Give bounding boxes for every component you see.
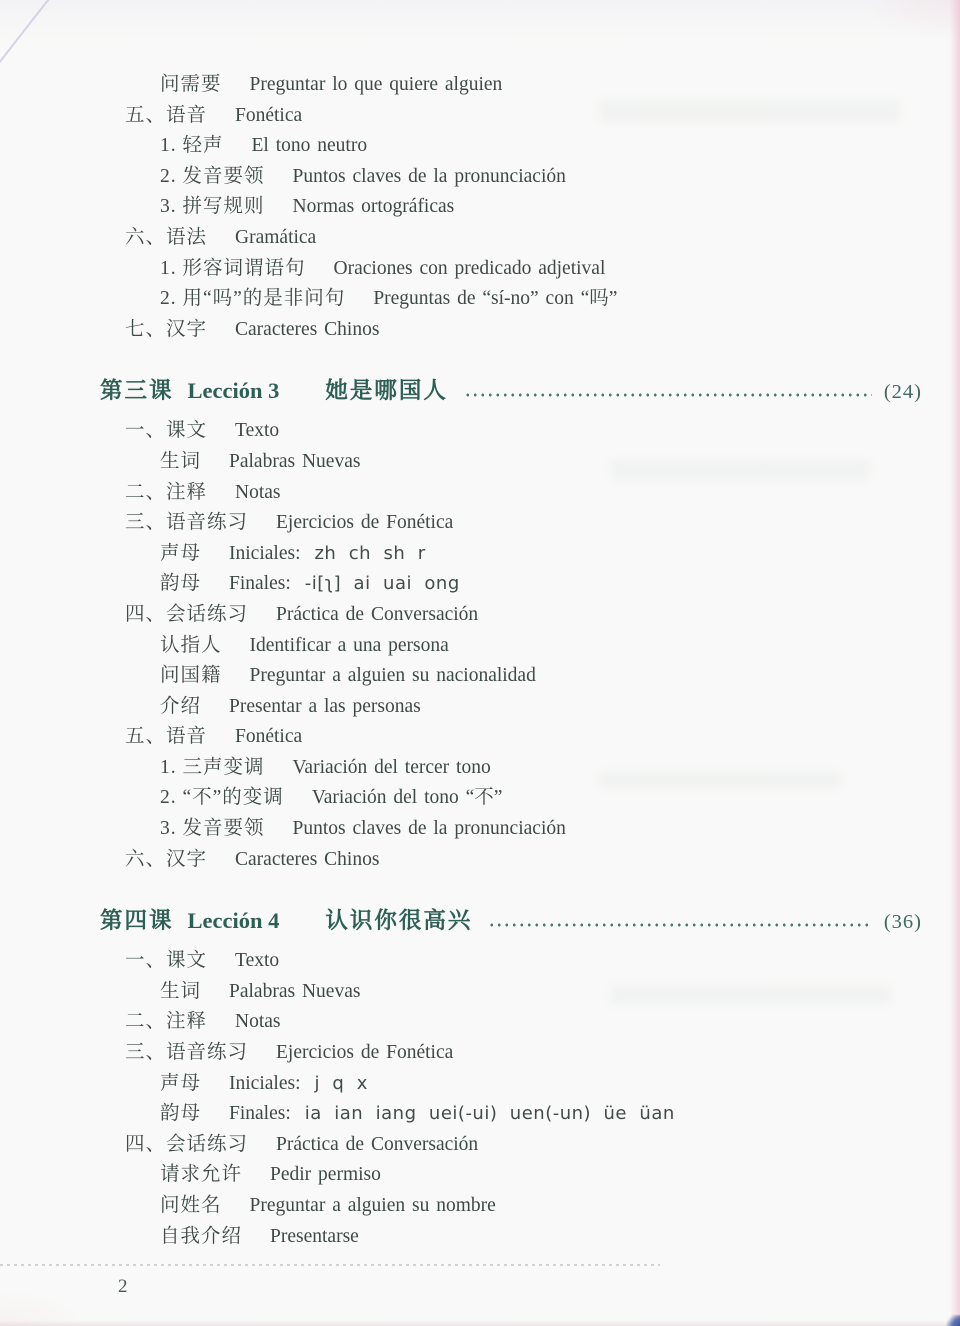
entry-chinese: 一、课文 — [125, 950, 207, 971]
entry-spanish: Ejercicios de Fonética — [276, 1042, 453, 1063]
entry-spanish: Finales: — [229, 573, 291, 594]
entry-chinese: 五、语音 — [125, 726, 207, 747]
dotted-leader — [488, 921, 871, 929]
toc-entry: 问国籍Preguntar a alguien su nacionalidad — [125, 661, 922, 692]
toc-entry: 五、语音Fonética — [125, 101, 922, 132]
section-leccion-2-continued: 问需要Preguntar lo que quiere alguien五、语音Fo… — [125, 70, 922, 345]
page-number: 2 — [118, 1276, 128, 1298]
toc-entry: 三、语音练习Ejercicios de Fonética — [125, 508, 922, 539]
toc-entry: 一、课文Texto — [125, 946, 922, 977]
toc-entry: 一、课文Texto — [125, 416, 922, 447]
toc-entry: 三、语音练习Ejercicios de Fonética — [125, 1038, 922, 1069]
toc-content: 问需要Preguntar lo que quiere alguien五、语音Fo… — [125, 70, 922, 1252]
lesson-number-chinese: 第三课 — [100, 373, 174, 409]
entry-chinese: 介绍 — [160, 696, 201, 717]
entry-spanish: Preguntas de “sí-no” con “吗” — [373, 288, 617, 309]
lesson-title-chinese: 她是哪国人 — [325, 373, 448, 409]
entry-phonetic: -i[ʅ] ai uai ong — [305, 573, 460, 594]
toc-entry: 四、会话练习Práctica de Conversación — [125, 600, 922, 631]
entry-spanish: Iniciales: — [229, 1073, 300, 1094]
entry-spanish: Práctica de Conversación — [276, 1134, 478, 1155]
toc-entry: 二、注释Notas — [125, 478, 922, 509]
toc-entry: 认指人Identificar a una persona — [125, 631, 922, 662]
toc-scanned-page: 问需要Preguntar lo que quiere alguien五、语音Fo… — [0, 0, 960, 1326]
lesson-title-chinese: 认识你很高兴 — [325, 903, 472, 939]
entry-chinese: 韵母 — [160, 573, 201, 594]
entry-chinese: 2. 发音要领 — [160, 166, 265, 187]
entry-spanish: Preguntar a alguien su nombre — [250, 1195, 496, 1216]
entry-chinese: 六、语法 — [125, 227, 207, 248]
toc-entry: 1. 形容词谓语句Oraciones con predicado adjetiv… — [125, 254, 922, 285]
toc-entry: 自我介绍Presentarse — [125, 1222, 922, 1253]
toc-entry: 介绍Presentar a las personas — [125, 692, 922, 723]
entry-chinese: 三、语音练习 — [125, 1042, 248, 1063]
toc-entry: 问需要Preguntar lo que quiere alguien — [125, 70, 922, 101]
entry-spanish: Palabras Nuevas — [229, 451, 360, 472]
toc-entry: 七、汉字Caracteres Chinos — [125, 315, 922, 346]
entry-spanish: El tono neutro — [252, 135, 368, 156]
lesson-header: 第四课Lección 4认识你很高兴(36) — [100, 903, 922, 940]
entry-spanish: Puntos claves de la pronunciación — [293, 166, 566, 187]
toc-entry: 六、语法Gramática — [125, 223, 922, 254]
footer-dotted-rule — [0, 1264, 660, 1266]
entry-chinese: 1. 三声变调 — [160, 757, 265, 778]
entry-spanish: Presentarse — [270, 1226, 359, 1247]
entry-chinese: 自我介绍 — [160, 1226, 242, 1247]
lesson-number-chinese: 第四课 — [100, 903, 174, 939]
section-leccion-3: 第三课Lección 3她是哪国人(24)一、课文Texto生词Palabras… — [125, 373, 922, 875]
entry-chinese: 生词 — [160, 451, 201, 472]
entry-chinese: 3. 发音要领 — [160, 818, 265, 839]
entry-spanish: Notas — [235, 482, 281, 503]
entry-spanish: Pedir permiso — [270, 1164, 381, 1185]
toc-entry: 六、汉字Caracteres Chinos — [125, 845, 922, 876]
entry-spanish: Iniciales: — [229, 543, 300, 564]
entry-chinese: 四、会话练习 — [125, 604, 248, 625]
toc-entry: 2. 用“吗”的是非问句Preguntas de “sí-no” con “吗” — [125, 284, 922, 315]
entry-chinese: 四、会话练习 — [125, 1134, 248, 1155]
toc-entry: 声母Iniciales:j q x — [125, 1069, 922, 1100]
entry-spanish: Fonética — [235, 105, 302, 126]
toc-entry: 2. 发音要领Puntos claves de la pronunciación — [125, 162, 922, 193]
entry-spanish: Caracteres Chinos — [235, 849, 379, 870]
entry-chinese: 六、汉字 — [125, 849, 207, 870]
entry-chinese: 请求允许 — [160, 1164, 242, 1185]
toc-entry: 二、注释Notas — [125, 1007, 922, 1038]
entry-chinese: 二、注释 — [125, 1011, 207, 1032]
toc-entry: 韵母Finales:-i[ʅ] ai uai ong — [125, 569, 922, 600]
entry-spanish: Fonética — [235, 726, 302, 747]
toc-entry: 3. 拼写规则Normas ortográficas — [125, 192, 922, 223]
entry-chinese: 2. “不”的变调 — [160, 787, 284, 808]
page-edge-pink — [950, 0, 960, 1326]
toc-entry: 声母Iniciales:zh ch sh r — [125, 539, 922, 570]
section-leccion-4: 第四课Lección 4认识你很高兴(36)一、课文Texto生词Palabra… — [125, 903, 922, 1252]
entry-chinese: 生词 — [160, 981, 201, 1002]
entry-chinese: 2. 用“吗”的是非问句 — [160, 288, 345, 309]
entry-chinese: 三、语音练习 — [125, 512, 248, 533]
toc-entry: 五、语音Fonética — [125, 722, 922, 753]
entry-chinese: 1. 形容词谓语句 — [160, 258, 306, 279]
entry-chinese: 认指人 — [160, 635, 222, 656]
lesson-page-ref: (36) — [884, 904, 922, 940]
toc-entry: 生词Palabras Nuevas — [125, 977, 922, 1008]
entry-spanish: Puntos claves de la pronunciación — [293, 818, 566, 839]
entry-chinese: 声母 — [160, 1073, 201, 1094]
toc-entry: 1. 轻声El tono neutro — [125, 131, 922, 162]
entry-chinese: 五、语音 — [125, 105, 207, 126]
entry-spanish: Preguntar lo que quiere alguien — [250, 74, 503, 95]
lesson-header: 第三课Lección 3她是哪国人(24) — [100, 373, 922, 410]
entry-spanish: Gramática — [235, 227, 316, 248]
entry-spanish: Caracteres Chinos — [235, 319, 379, 340]
entry-spanish: Variación del tercer tono — [293, 757, 491, 778]
lesson-page-ref: (24) — [884, 374, 922, 410]
entry-chinese: 二、注释 — [125, 482, 207, 503]
entry-chinese: 一、课文 — [125, 420, 207, 441]
entry-chinese: 1. 轻声 — [160, 135, 224, 156]
entry-chinese: 3. 拼写规则 — [160, 196, 265, 217]
toc-entry: 1. 三声变调Variación del tercer tono — [125, 753, 922, 784]
entry-spanish: Ejercicios de Fonética — [276, 512, 453, 533]
toc-entry: 请求允许Pedir permiso — [125, 1160, 922, 1191]
entry-spanish: Texto — [235, 950, 279, 971]
toc-entry: 问姓名Preguntar a alguien su nombre — [125, 1191, 922, 1222]
entry-phonetic: ia ian iang uei(-ui) uen(-un) üe üan — [305, 1103, 675, 1124]
toc-entry: 生词Palabras Nuevas — [125, 447, 922, 478]
entry-chinese: 问国籍 — [160, 665, 222, 686]
scan-corner-crease — [0, 0, 55, 63]
entry-spanish: Presentar a las personas — [229, 696, 421, 717]
toc-entry: 四、会话练习Práctica de Conversación — [125, 1130, 922, 1161]
lesson-number-spanish: Lección 3 — [188, 373, 280, 409]
entry-chinese: 韵母 — [160, 1103, 201, 1124]
entry-spanish: Preguntar a alguien su nacionalidad — [250, 665, 536, 686]
dotted-leader — [464, 391, 872, 399]
entry-spanish: Práctica de Conversación — [276, 604, 478, 625]
entry-phonetic: zh ch sh r — [314, 543, 425, 564]
page-edge-bottom — [0, 1320, 960, 1326]
entry-spanish: Variación del tono “不” — [312, 787, 503, 808]
entry-spanish: Notas — [235, 1011, 281, 1032]
entry-chinese: 七、汉字 — [125, 319, 207, 340]
toc-entry: 2. “不”的变调Variación del tono “不” — [125, 783, 922, 814]
entry-chinese: 问姓名 — [160, 1195, 222, 1216]
entry-spanish: Texto — [235, 420, 279, 441]
toc-entry: 韵母Finales:ia ian iang uei(-ui) uen(-un) … — [125, 1099, 922, 1130]
entry-chinese: 问需要 — [160, 74, 222, 95]
entry-spanish: Palabras Nuevas — [229, 981, 360, 1002]
entry-chinese: 声母 — [160, 543, 201, 564]
entry-phonetic: j q x — [314, 1073, 367, 1094]
entry-spanish: Normas ortográficas — [293, 196, 455, 217]
corner-blue-smudge — [944, 1315, 960, 1326]
toc-entry: 3. 发音要领Puntos claves de la pronunciación — [125, 814, 922, 845]
entry-spanish: Finales: — [229, 1103, 291, 1124]
entry-spanish: Oraciones con predicado adjetival — [334, 258, 606, 279]
lesson-number-spanish: Lección 4 — [188, 903, 280, 939]
entry-spanish: Identificar a una persona — [250, 635, 449, 656]
